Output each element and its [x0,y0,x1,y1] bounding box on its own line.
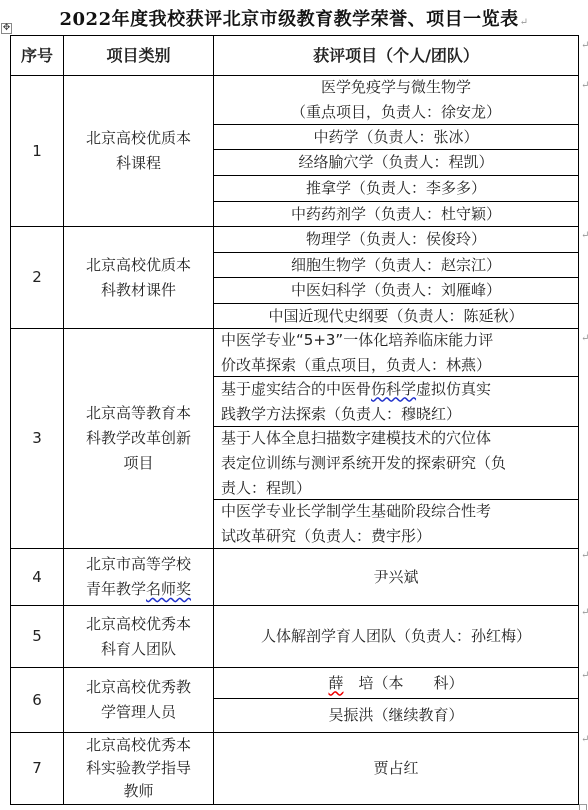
category-line: 科教学改革创新 [86,426,191,451]
row-6-item-2: 吴振洪（继续教育） [214,699,578,732]
row-1-item-5: 中药药剂学（负责人：杜守颖） [214,202,578,226]
row-end-mark-icon: ↵ [581,670,588,681]
item-line: （重点项目，负责人：徐安龙） [291,100,501,125]
row-2-item-2: 细胞生物学（负责人：赵宗江） [214,253,578,277]
item-text: 经络腧穴学（负责人：程凯） [298,150,493,175]
row-2-item-4: 中国近现代史纲要（负责人：陈延秋） [214,304,578,328]
item-line: 责人：程凯） [221,476,506,501]
item-line: 价改革探索（重点项目，负责人：林燕） [221,353,493,378]
row-end-mark-icon: ↵ [581,333,588,344]
row-5-index: 5 [11,606,63,667]
row-1-item-2: 中药学（负责人：张冰） [214,125,578,149]
row-end-mark-icon: ↵ [581,40,588,51]
row-3-item-2: 基于虚实结合的中医骨伤科学虚拟仿真实践教学方法探索（负责人：穆晓红） [214,377,578,426]
index-value: 5 [32,624,42,649]
category-line: 科实验教学指导 [86,757,191,780]
paragraph-mark-icon: ↵ [520,17,529,28]
item-text: 中医妇科学（负责人：刘雁峰） [291,278,501,303]
row-4-item-1: 尹兴斌 [214,549,578,605]
category-line: 北京高校优秀教 [86,675,191,700]
index-value: 6 [32,688,42,713]
item-line: 中医学专业“5+3”一体化培养临床能力评 [221,328,493,353]
index-value: 4 [32,565,42,590]
index-value: 7 [32,756,42,781]
row-3-category: 北京高等教育本科教学改革创新项目 [64,329,213,548]
row-1-item-4: 推拿学（负责人：李多多） [214,176,578,201]
row-2-item-3: 中医妇科学（负责人：刘雁峰） [214,278,578,303]
category-line: 北京高校优质本 [86,253,191,278]
item-text: 贾占红 [373,756,418,781]
row-6-item-1: 薛 培（本 科） [214,668,578,698]
row-1-category: 北京高校优质本科课程 [64,76,213,226]
row-3-item-4: 中医学专业长学制学生基础阶段综合性考试改革研究（负责人：费宇彤） [214,500,578,548]
category-line: 北京高校优质本 [86,126,191,151]
row-7-index: 7 [11,733,63,804]
header-index: 序号 [11,36,63,75]
category-line: 北京高等教育本 [86,401,191,426]
category-line: 青年教学 [86,580,146,598]
item-line: 中医学专业长学制学生基础阶段综合性考 [221,499,491,524]
spellcheck-flag: 薛 [328,674,343,692]
item-line: 践教学方法探索（负责人：穆晓红） [221,402,491,427]
item-text: 吴振洪（继续教育） [328,703,463,728]
category-line: 北京高校优秀本 [86,612,191,637]
row-end-mark-icon: ↵ [581,80,588,91]
title-text: 2022年度我校获评北京市级教育教学荣誉、项目一览表 [60,9,519,30]
row-3-index: 3 [11,329,63,548]
spellcheck-flag: 伤科学 [371,380,416,398]
document-title: 2022年度我校获评北京市级教育教学荣誉、项目一览表↵ [0,5,588,31]
row-4-index: 4 [11,549,63,605]
item-line: 基于人体全息扫描数字建模技术的穴位体 [221,426,506,451]
row-end-mark-icon: ↵ [581,607,588,618]
category-line: 科教材课件 [86,278,191,303]
category-line: 学管理人员 [86,700,191,725]
item-text: 中药学（负责人：张冰） [313,125,478,150]
item-line: 医学免疫学与微生物学 [291,75,501,100]
index-value: 1 [32,139,42,164]
category-line: 科育人团队 [86,637,191,662]
table-move-handle-icon[interactable]: ✥ [1,23,12,34]
item-text: 培（本 科） [344,674,464,692]
index-value: 2 [32,265,42,290]
row-end-mark-icon: ↵ [581,550,588,561]
row-end-mark-icon: ↵ [581,734,588,745]
row-6-category: 北京高校优秀教学管理人员 [64,668,213,732]
row-5-category: 北京高校优秀本科育人团队 [64,606,213,667]
item-text: 中药药剂学（负责人：杜守颖） [291,202,501,227]
item-line: 基于虚实结合的中医骨 [221,380,371,398]
category-line: 北京市高等学校 [86,552,191,577]
item-text: 物理学（负责人：侯俊玲） [306,227,486,252]
item-text: 推拿学（负责人：李多多） [306,176,486,201]
header-items: 获评项目（个人/团队） [214,36,578,75]
row-1-item-1: 医学免疫学与微生物学（重点项目，负责人：徐安龙） [214,76,578,124]
header-category: 项目类别 [64,36,213,75]
row-5-item-1: 人体解剖学育人团队（负责人：孙红梅） [214,606,578,667]
row-2-category: 北京高校优质本科教材课件 [64,227,213,328]
spellcheck-flag: 名师奖 [146,580,191,598]
category-line: 北京高校优秀本 [86,734,191,757]
row-3-item-3: 基于人体全息扫描数字建模技术的穴位体表定位训练与测评系统开发的探索研究（负责人：… [214,427,578,499]
row-7-item-1: 贾占红 [214,733,578,804]
item-text: 中国近现代史纲要（负责人：陈延秋） [268,304,523,329]
item-text: 细胞生物学（负责人：赵宗江） [291,253,501,278]
category-line: 教师 [86,780,191,803]
category-line: 科课程 [86,151,191,176]
row-7-category: 北京高校优秀本科实验教学指导教师 [64,733,213,804]
row-1-item-3: 经络腧穴学（负责人：程凯） [214,150,578,175]
table-resize-handle[interactable] [579,804,587,810]
item-text: 人体解剖学育人团队（负责人：孙红梅） [261,624,531,649]
row-2-index: 2 [11,227,63,328]
item-text: 尹兴斌 [373,565,418,590]
row-2-item-1: 物理学（负责人：侯俊玲） [214,227,578,252]
row-6-index: 6 [11,668,63,732]
row-1-index: 1 [11,76,63,226]
row-3-item-1: 中医学专业“5+3”一体化培养临床能力评价改革探索（重点项目，负责人：林燕） [214,329,578,376]
index-value: 3 [32,426,42,451]
header-items-label: 获评项目（个人/团队） [313,43,479,68]
table-border-right [578,35,579,805]
row-4-category: 北京市高等学校青年教学名师奖 [64,549,213,605]
row-end-mark-icon: ↵ [581,230,588,241]
item-line: 试改革研究（负责人：费宇彤） [221,524,491,549]
header-category-label: 项目类别 [106,43,170,68]
table-border-bottom [10,804,579,805]
item-line: 表定位训练与测评系统开发的探索研究（负 [221,451,506,476]
header-index-label: 序号 [21,43,53,68]
category-line: 项目 [86,451,191,476]
item-line: 虚拟仿真实 [416,380,491,398]
